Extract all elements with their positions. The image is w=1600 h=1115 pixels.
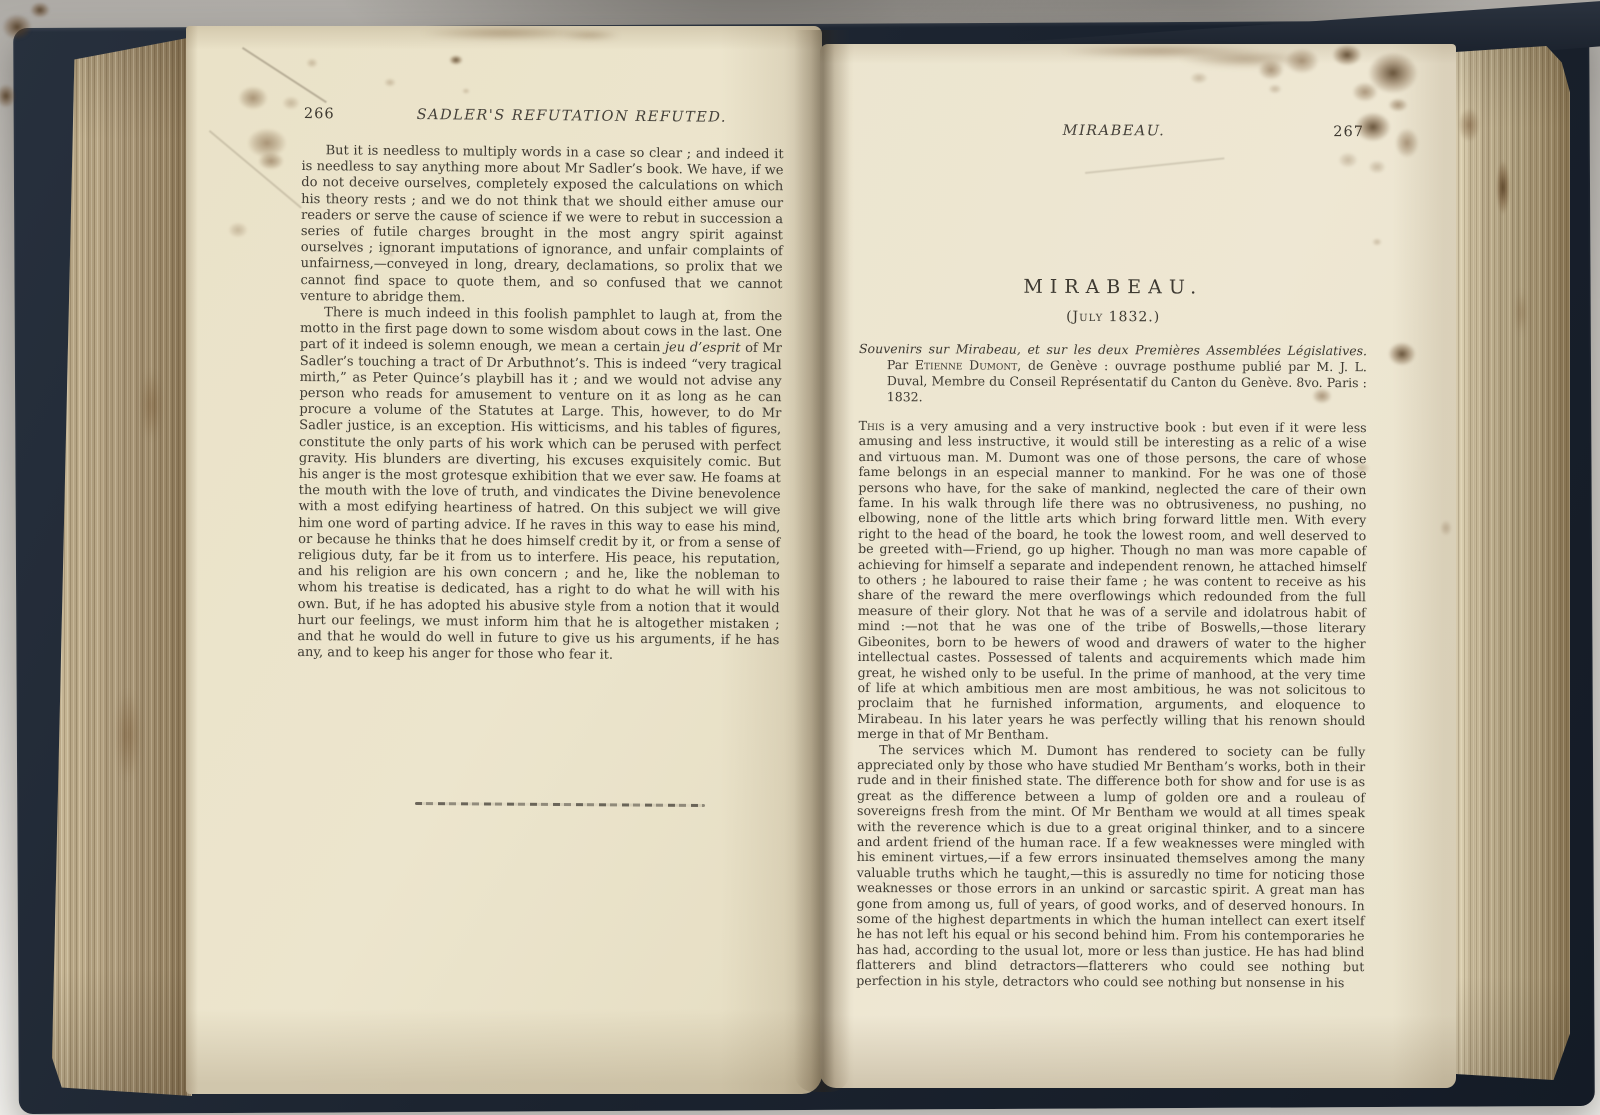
stain <box>1440 520 1452 536</box>
stain <box>388 252 394 257</box>
stain <box>282 96 300 110</box>
citation: Souvenirs sur Mirabeau, et sur les deux … <box>859 341 1367 407</box>
stain <box>238 86 268 110</box>
stain <box>462 88 470 94</box>
article-title: MIRABEAU. <box>859 275 1367 299</box>
left-fore-edge-pages <box>52 34 192 1096</box>
right-running-header: MIRABEAU. <box>1063 123 1166 139</box>
stain <box>1268 84 1282 94</box>
stain <box>2 14 32 40</box>
stain <box>1312 388 1332 404</box>
left-running-header: SADLER'S REFUTATION REFUTED. <box>417 107 728 126</box>
gutter-shadow <box>794 30 850 1092</box>
left-page-header: 266 SADLER'S REFUTATION REFUTED. <box>302 106 784 132</box>
stain <box>30 2 50 18</box>
stain <box>228 222 248 238</box>
paragraph: But it is needless to multiply words in … <box>300 143 783 309</box>
right-page-text-column: MIRABEAU. 267 MIRABEAU. (July 1832.) Sou… <box>856 122 1368 990</box>
left-page-body: But it is needless to multiply words in … <box>297 143 784 666</box>
stain <box>1368 160 1386 174</box>
stain <box>1338 152 1358 168</box>
stain <box>306 58 318 68</box>
stain <box>1516 290 1526 335</box>
stain <box>352 242 357 246</box>
stain <box>1395 128 1419 158</box>
paragraph: There is much indeed in this foolish pam… <box>297 305 782 666</box>
paragraph: This is a very amusing and a very instru… <box>857 418 1366 744</box>
right-page-body: This is a very amusing and a very instru… <box>856 418 1366 990</box>
stain <box>1190 72 1208 84</box>
stain <box>1352 82 1378 102</box>
right-fore-edge-pages <box>1452 46 1570 1080</box>
stain <box>1354 462 1370 474</box>
stain <box>1388 98 1408 112</box>
paragraph: The services which M. Dumont has rendere… <box>856 742 1365 991</box>
left-page: 266 SADLER'S REFUTATION REFUTED. But it … <box>186 26 822 1094</box>
stain <box>1258 60 1284 80</box>
photo-of-open-book: { "palette": { "background_top": "#aeaba… <box>0 0 1600 1115</box>
stain <box>384 78 396 87</box>
stain <box>115 690 141 780</box>
article-date: (July 1832.) <box>859 308 1367 326</box>
right-page: MIRABEAU. 267 MIRABEAU. (July 1832.) Sou… <box>820 44 1456 1088</box>
stain <box>1496 160 1510 215</box>
stain <box>140 370 162 440</box>
stain <box>1372 238 1382 246</box>
stain <box>258 152 284 170</box>
stain <box>560 30 620 40</box>
stain <box>1388 342 1416 366</box>
stain <box>1285 48 1319 74</box>
stain <box>1458 108 1480 142</box>
right-page-header: MIRABEAU. 267 <box>860 122 1368 146</box>
left-page-number: 266 <box>304 106 335 122</box>
stain <box>1332 44 1362 66</box>
stain <box>1355 112 1391 142</box>
stain <box>449 55 463 65</box>
left-page-text-column: 266 SADLER'S REFUTATION REFUTED. But it … <box>297 106 784 666</box>
